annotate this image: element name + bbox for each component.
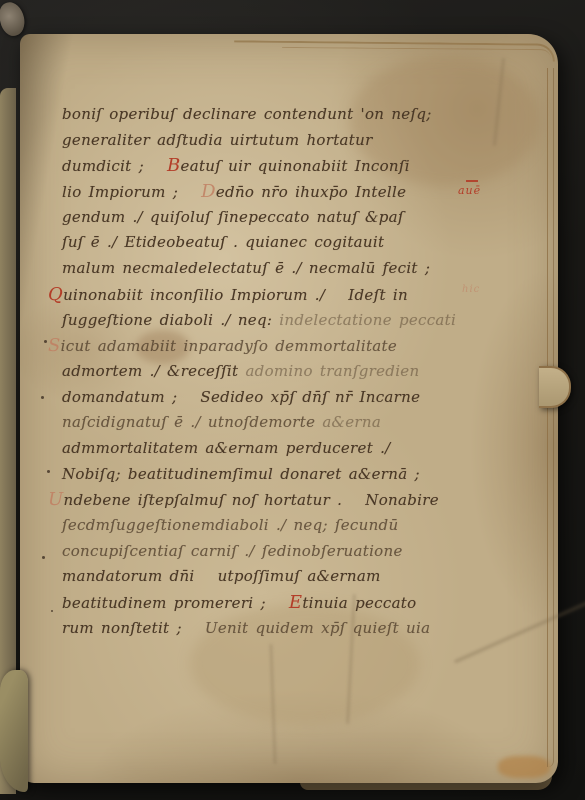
- text-segment: mandatorum dn̄i: [62, 567, 202, 585]
- text-line: domandatum ; Sedideo xp̄ſ dn̄ſ nr̄ Incar…: [62, 385, 540, 411]
- text-line: rum nonſtetit ; Uenit quidem xp̄ſ quieſt…: [62, 616, 540, 642]
- text-line: Nobiſq; beatitudinemſimul donaret a&ernā…: [62, 462, 540, 488]
- text-segment: naſcidignatuſ ē ./ utnoſdemorte: [62, 413, 322, 431]
- text-segment: a&erna: [322, 413, 381, 431]
- text-segment: boniſ operibuſ declinare contendunt 'on …: [62, 105, 432, 123]
- text-segment: utpoſſimuſ a&ernam: [218, 567, 381, 585]
- corner-stain: [498, 756, 550, 778]
- manuscript-page: boniſ operibuſ declinare contendunt 'on …: [20, 34, 558, 783]
- text-segment: ſuggeſtione diaboli ./ neq:: [62, 311, 279, 329]
- margin-note-rubric: auē: [458, 184, 481, 197]
- text-segment: domandatum ;: [62, 388, 184, 406]
- text-line: boniſ operibuſ declinare contendunt 'on …: [62, 102, 540, 128]
- text-segment: indelectatione peccati: [279, 311, 456, 329]
- text-segment: concupiſcentiaſ carniſ ./ ſedinobſeruati…: [62, 542, 403, 560]
- text-line: naſcidignatuſ ē ./ utnoſdemorte a&erna: [62, 410, 540, 436]
- text-line: admortem ./ &receſſit adomino tranſgredi…: [62, 359, 540, 385]
- text-segment: Uenit quidem xp̄ſ quieſt uia: [205, 619, 430, 637]
- text-line: Undebene iſtepſalmuſ noſ hortatur . Nona…: [48, 487, 540, 513]
- ink-speck: [47, 470, 50, 473]
- text-segment: ſuſ ē ./ Etideobeatuſ . quianec cogitaui…: [62, 233, 384, 251]
- text-line: concupiſcentiaſ carniſ ./ ſedinobſeruati…: [62, 539, 540, 565]
- page-edge-line-right: [547, 68, 554, 767]
- text-segment: Nonabire: [365, 491, 439, 509]
- text-segment: U: [48, 489, 63, 510]
- text-segment: icut adamabiit inparadyſo demmortalitate: [61, 337, 397, 355]
- text-line: gendum ./ quiſoluſ ſinepeccato natuſ &pa…: [62, 205, 540, 231]
- text-segment: Sedideo xp̄ſ dn̄ſ nr̄ Incarne: [200, 388, 420, 406]
- margin-note-faint: hic: [462, 284, 480, 295]
- text-line: malum necmaledelectatuſ ē ./ necmalū fec…: [62, 256, 540, 282]
- text-segment: dumdicit ;: [62, 157, 151, 175]
- text-line: Sicut adamabiit inparadyſo demmortalitat…: [48, 333, 540, 359]
- text-segment: eatuſ uir quinonabiit Inconſi: [181, 157, 410, 175]
- text-segment: rum nonſtetit ;: [62, 619, 189, 637]
- ink-speck: [51, 610, 53, 612]
- text-line: generaliter adſtudia uirtutum hortatur: [62, 128, 540, 154]
- text-segment: B: [167, 155, 181, 176]
- text-segment: ndebene iſtepſalmuſ noſ hortatur .: [63, 491, 349, 509]
- text-segment: uinonabiit inconſilio Impiorum ./: [63, 286, 332, 304]
- text-segment: adomino tranſgredien: [245, 362, 419, 380]
- text-segment: ſecdmſuggeſtionemdiaboli ./ neq; ſecundū: [62, 516, 398, 534]
- ink-speck: [41, 396, 44, 399]
- text-segment: admortem ./ &receſſit: [62, 362, 245, 380]
- text-segment: lio Impiorum ;: [62, 183, 185, 201]
- text-block: boniſ operibuſ declinare contendunt 'on …: [62, 102, 540, 641]
- text-segment: D: [201, 181, 216, 202]
- text-segment: gendum ./ quiſoluſ ſinepeccato natuſ &pa…: [62, 208, 404, 226]
- ink-speck: [42, 556, 45, 559]
- text-segment: Nobiſq; beatitudinemſimul donaret a&ernā…: [62, 465, 420, 483]
- text-line: dumdicit ; Beatuſ uir quinonabiit Inconſ…: [62, 153, 540, 179]
- text-segment: edn̄o nr̄o ihuxp̄o Intelle: [216, 183, 406, 201]
- text-segment: tinuia peccato: [302, 594, 416, 612]
- text-segment: admmortalitatem a&ernam perduceret ./: [62, 439, 391, 457]
- text-line: mandatorum dn̄i utpoſſimuſ a&ernam: [62, 564, 540, 590]
- text-segment: Ideſt in: [348, 286, 408, 304]
- photo-background: boniſ operibuſ declinare contendunt 'on …: [0, 0, 585, 800]
- binding-headband: [0, 0, 27, 38]
- text-line: ſuſ ē ./ Etideobeatuſ . quianec cogitaui…: [62, 230, 540, 256]
- text-line: ſecdmſuggeſtionemdiaboli ./ neq; ſecundū: [62, 513, 540, 539]
- text-segment: beatitudinem promereri ;: [62, 594, 273, 612]
- ink-speck: [44, 340, 47, 343]
- parchment-bookmark-tab: [539, 366, 571, 408]
- facing-page-curl: [0, 670, 28, 792]
- text-line: ſuggeſtione diaboli ./ neq: indelectatio…: [62, 308, 540, 334]
- text-segment: generaliter adſtudia uirtutum hortatur: [62, 131, 373, 149]
- text-line: admmortalitatem a&ernam perduceret ./: [62, 436, 540, 462]
- text-segment: malum necmaledelectatuſ ē ./ necmalū fec…: [62, 259, 430, 277]
- text-segment: E: [289, 592, 302, 613]
- text-segment: Q: [48, 284, 63, 305]
- text-segment: S: [48, 335, 61, 356]
- text-line: beatitudinem promereri ; Etinuia peccato: [62, 590, 540, 616]
